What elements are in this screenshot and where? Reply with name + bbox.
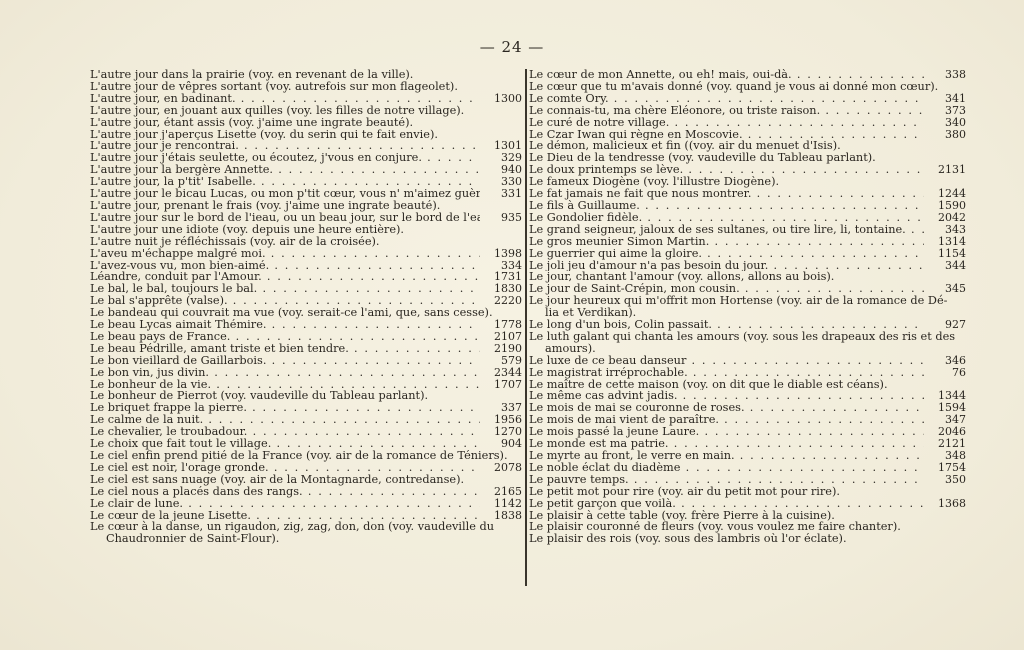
entry-number: 2165 bbox=[480, 486, 522, 498]
index-entry: Le fameux Diogène (voy. l'illustre Diogè… bbox=[529, 176, 966, 188]
index-entry: Le luxe de ce beau danseur346 bbox=[529, 355, 966, 367]
entry-number: 1142 bbox=[480, 498, 522, 510]
index-entry: Le bonheur de Pierrot (voy. vaudeville d… bbox=[90, 390, 522, 402]
entry-title: Le briquet frappe la pierre. bbox=[90, 402, 247, 414]
entry-number: 2131 bbox=[924, 164, 966, 176]
index-entry: Le maître de cette maison (voy. on dit q… bbox=[529, 379, 966, 391]
entry-number: 76 bbox=[924, 367, 966, 379]
entry-number: 331 bbox=[480, 188, 522, 200]
entry-title: L'autre jour j'aperçus Lisette (voy. du … bbox=[90, 129, 438, 141]
entry-title: Le fils à Guillaume. bbox=[529, 200, 640, 212]
entry-number: 1707 bbox=[480, 379, 522, 391]
index-entry: Le beau Lycas aimait Thémire.1778 bbox=[90, 319, 522, 331]
index-entry: L'autre jour j'étais seulette, ou écoute… bbox=[90, 152, 522, 164]
entry-number: 350 bbox=[924, 474, 966, 486]
index-entry: L'autre jour j'aperçus Lisette (voy. du … bbox=[90, 129, 522, 141]
index-entry: Le petit garçon que voilà.1368 bbox=[529, 498, 966, 510]
entry-title: Le beau Lycas aimait Thémire. bbox=[90, 319, 266, 331]
index-entry: Le beau pays de France.2107 bbox=[90, 331, 522, 343]
entry-title: Le bandeau qui couvrait ma vue (voy. ser… bbox=[90, 307, 493, 319]
index-entry: Le cœur de la jeune Lisette.1838 bbox=[90, 510, 522, 522]
entry-title: L'autre jour, étant assis (voy. j'aime u… bbox=[90, 117, 413, 129]
index-entry: Le bon vin, jus divin.2344 bbox=[90, 367, 522, 379]
entry-title: Le maître de cette maison (voy. on dit q… bbox=[529, 379, 888, 391]
entry-number: 1154 bbox=[924, 248, 966, 260]
index-entry: Le ciel est sans nuage (voy. air de la M… bbox=[90, 474, 522, 486]
index-entry: L'autre jour le bicau Lucas, ou mon p'ti… bbox=[90, 188, 522, 200]
index-entry: L'autre jour, en badinant.1300 bbox=[90, 93, 522, 105]
entry-title: Le cœur de mon Annette, ou eh! mais, oui… bbox=[529, 69, 792, 81]
entry-title: Le doux printemps se lève. bbox=[529, 164, 683, 176]
index-entry: Le beau Pédrille, amant triste et bien t… bbox=[90, 343, 522, 355]
index-entry: Le briquet frappe la pierre.337 bbox=[90, 402, 522, 414]
index-entry: Le mois passé la jeune Laure.2046 bbox=[529, 426, 966, 438]
entry-title: Le choix que fait tout le village. bbox=[90, 438, 271, 450]
entry-title: Le bal s'apprête (valse). bbox=[90, 295, 228, 307]
index-entry: Le magistrat irréprochable.76 bbox=[529, 367, 966, 379]
entry-title: Le luxe de ce beau danseur bbox=[529, 355, 686, 367]
entry-title: L'autre jour, prenant le frais (voy. j'a… bbox=[90, 200, 440, 212]
index-entry: Le Gondolier fidèle.2042 bbox=[529, 212, 966, 224]
index-entry: Le calme de la nuit.1956 bbox=[90, 414, 522, 426]
entry-title: Le plaisir à cette table (voy. frère Pie… bbox=[529, 510, 835, 522]
scanned-page: — 24 — L'autre jour dans la prairie (voy… bbox=[0, 0, 1024, 650]
index-entry: L'autre jour une idiote (voy. depuis une… bbox=[90, 224, 522, 236]
entry-title: Le bon vin, jus divin. bbox=[90, 367, 209, 379]
index-entry: Le Czar Iwan qui règne en Moscovie.380 bbox=[529, 129, 966, 141]
entry-title: Léandre, conduit par l'Amour. bbox=[90, 271, 262, 283]
entry-title: Le monde est ma patrie. bbox=[529, 438, 669, 450]
entry-title: Le gros meunier Simon Martin. bbox=[529, 236, 709, 248]
entry-number: 2078 bbox=[480, 462, 522, 474]
index-entry: Le jour heureux qui m'offrit mon Hortens… bbox=[529, 295, 966, 319]
entry-title: Le magistrat irréprochable. bbox=[529, 367, 688, 379]
index-entry: Le ciel nous a placés dans des rangs.216… bbox=[90, 486, 522, 498]
entry-number: 340 bbox=[924, 117, 966, 129]
entry-number: 1314 bbox=[924, 236, 966, 248]
index-entry: Le comte Ory.341 bbox=[529, 93, 966, 105]
index-entry: Le bal s'apprête (valse).2220 bbox=[90, 295, 522, 307]
entry-title: Le mois de mai se couronne de roses. bbox=[529, 402, 745, 414]
entry-title: Le grand seigneur, jaloux de ses sultane… bbox=[529, 224, 906, 236]
entry-number: 2190 bbox=[480, 343, 522, 355]
entry-number: 1398 bbox=[480, 248, 522, 260]
entry-title: L'autre jour je rencontrai. bbox=[90, 140, 239, 152]
entry-title: Le pauvre temps. bbox=[529, 474, 629, 486]
entry-title-continuation: amours). bbox=[529, 343, 966, 355]
index-entry: Le doux printemps se lève.2131 bbox=[529, 164, 966, 176]
entry-title: Le noble éclat du diadème bbox=[529, 462, 680, 474]
entry-title: Le mois passé la jeune Laure. bbox=[529, 426, 699, 438]
entry-title: Le connais-tu, ma chère Éléonore, ou tri… bbox=[529, 105, 820, 117]
entry-title: Le ciel nous a placés dans des rangs. bbox=[90, 486, 303, 498]
entry-number: 2344 bbox=[480, 367, 522, 379]
entry-title: L'autre nuit je réfléchissais (voy. air … bbox=[90, 236, 380, 248]
entry-title: Le calme de la nuit. bbox=[90, 414, 203, 426]
entry-title: Le myrte au front, le verre en main. bbox=[529, 450, 735, 462]
entry-number: 579 bbox=[480, 355, 522, 367]
entry-title-continuation: Chaudronnier de Saint-Flour). bbox=[90, 533, 522, 545]
index-entry: Le jour, chantant l'amour (voy. allons, … bbox=[529, 271, 966, 283]
entry-title: Le ciel enfin prend pitié de la France (… bbox=[90, 450, 508, 462]
entry-number: 373 bbox=[924, 105, 966, 117]
index-entry: Le gros meunier Simon Martin.1314 bbox=[529, 236, 966, 248]
index-entry: L'autre jour la bergère Annette.940 bbox=[90, 164, 522, 176]
index-entry: Le mois de mai vient de paraître.347 bbox=[529, 414, 966, 426]
entry-title: L'autre jour de vêpres sortant (voy. aut… bbox=[90, 81, 458, 93]
index-entry: Léandre, conduit par l'Amour.1731 bbox=[90, 271, 522, 283]
entry-title: L'avez-vous vu, mon bien-aimé. bbox=[90, 260, 269, 272]
index-entry: Le clair de lune.1142 bbox=[90, 498, 522, 510]
entry-title: Le plaisir des rois (voy. sous des lambr… bbox=[529, 533, 847, 545]
entry-number: 338 bbox=[924, 69, 966, 81]
column-divider bbox=[525, 69, 527, 586]
index-entry: Le pauvre temps.350 bbox=[529, 474, 966, 486]
entry-title: Le beau Pédrille, amant triste et bien t… bbox=[90, 343, 349, 355]
index-entry: Le Dieu de la tendresse (voy. vaudeville… bbox=[529, 152, 966, 164]
entry-title: L'aveu m'échappe malgré moi. bbox=[90, 248, 266, 260]
index-entry: L'autre jour, étant assis (voy. j'aime u… bbox=[90, 117, 522, 129]
index-entry: Le mois de mai se couronne de roses.1594 bbox=[529, 402, 966, 414]
index-entry: Le bal, le bal, toujours le bal.1830 bbox=[90, 283, 522, 295]
entry-title: Le curé de notre village. bbox=[529, 117, 669, 129]
entry-title: Le clair de lune. bbox=[90, 498, 183, 510]
entry-title: Le jour de Saint-Crépin, mon cousin. bbox=[529, 283, 740, 295]
entry-number: 341 bbox=[924, 93, 966, 105]
index-entry: Le plaisir couronné de fleurs (voy. vous… bbox=[529, 521, 966, 533]
entry-title: Le cœur de la jeune Lisette. bbox=[90, 510, 251, 522]
index-entry: Le bonheur de la vie.1707 bbox=[90, 379, 522, 391]
entry-number: 2042 bbox=[924, 212, 966, 224]
entry-title: L'autre jour, en jouant aux quilles (voy… bbox=[90, 105, 464, 117]
entry-title: Le Czar Iwan qui règne en Moscovie. bbox=[529, 129, 743, 141]
entry-number: 346 bbox=[924, 355, 966, 367]
index-entry: Le joli jeu d'amour n'a pas besoin du jo… bbox=[529, 260, 966, 272]
index-entry: Le ciel est noir, l'orage gronde.2078 bbox=[90, 462, 522, 474]
entry-title: Le petit mot pour rire (voy. air du peti… bbox=[529, 486, 840, 498]
index-entry: L'autre jour je rencontrai.1301 bbox=[90, 140, 522, 152]
entry-title: Le bon vieillard de Gaillarbois. bbox=[90, 355, 266, 367]
entry-title: Le mois de mai vient de paraître. bbox=[529, 414, 719, 426]
index-entry: Le plaisir des rois (voy. sous des lambr… bbox=[529, 533, 966, 545]
index-entry: Le guerrier qui aime la gloire.1154 bbox=[529, 248, 966, 260]
index-entry: Le connais-tu, ma chère Éléonore, ou tri… bbox=[529, 105, 966, 117]
entry-number: 380 bbox=[924, 129, 966, 141]
entry-title: Le bonheur de Pierrot (voy. vaudeville d… bbox=[90, 390, 428, 402]
entry-number: 2220 bbox=[480, 295, 522, 307]
entry-number: 1300 bbox=[480, 93, 522, 105]
index-column-right: Le cœur de mon Annette, ou eh! mais, oui… bbox=[529, 69, 966, 545]
index-entry: L'autre jour, la p'tit' Isabelle.330 bbox=[90, 176, 522, 188]
index-entry: Le luth galant qui chanta les amours (vo… bbox=[529, 331, 966, 355]
index-entry: Le chevalier, le troubadour.1270 bbox=[90, 426, 522, 438]
index-entry: Le myrte au front, le verre en main.348 bbox=[529, 450, 966, 462]
entry-title: L'autre jour une idiote (voy. depuis une… bbox=[90, 224, 404, 236]
index-entry: Le plaisir à cette table (voy. frère Pie… bbox=[529, 510, 966, 522]
entry-title: Le fameux Diogène (voy. l'illustre Diogè… bbox=[529, 176, 779, 188]
entry-title: Le guerrier qui aime la gloire. bbox=[529, 248, 702, 260]
index-entry: Le fat jamais ne fait que nous montrer.1… bbox=[529, 188, 966, 200]
entry-title: L'autre jour le bicau Lucas, ou mon p'ti… bbox=[90, 188, 480, 200]
index-entry: Le cœur que tu m'avais donné (voy. quand… bbox=[529, 81, 966, 93]
entry-title: Le ciel est noir, l'orage gronde. bbox=[90, 462, 269, 474]
index-entry: Le cœur de mon Annette, ou eh! mais, oui… bbox=[529, 69, 966, 81]
entry-title: Le fat jamais ne fait que nous montrer. bbox=[529, 188, 751, 200]
index-entry: L'avez-vous vu, mon bien-aimé.334 bbox=[90, 260, 522, 272]
index-entry: L'autre jour, prenant le frais (voy. j'a… bbox=[90, 200, 522, 212]
index-entry: Le démon, malicieux et fin ((voy. air du… bbox=[529, 140, 966, 152]
index-entry: Le même cas advint jadis.1344 bbox=[529, 390, 966, 402]
entry-title-continuation: lia et Verdikan). bbox=[529, 307, 966, 319]
entry-title: Le ciel est sans nuage (voy. air de la M… bbox=[90, 474, 464, 486]
index-entry: Le petit mot pour rire (voy. air du peti… bbox=[529, 486, 966, 498]
index-entry: Le ciel enfin prend pitié de la France (… bbox=[90, 450, 522, 462]
entry-number: 1368 bbox=[924, 498, 966, 510]
entry-title: Le chevalier, le troubadour. bbox=[90, 426, 247, 438]
index-entry: Le long d'un bois, Colin passait.927 bbox=[529, 319, 966, 331]
index-entry: Le curé de notre village.340 bbox=[529, 117, 966, 129]
index-column-left: L'autre jour dans la prairie (voy. en re… bbox=[90, 69, 522, 545]
entry-title: L'autre jour dans la prairie (voy. en re… bbox=[90, 69, 413, 81]
entry-title: Le Gondolier fidèle. bbox=[529, 212, 642, 224]
page-number: — 24 — bbox=[0, 38, 1024, 56]
index-entry: L'autre jour, en jouant aux quilles (voy… bbox=[90, 105, 522, 117]
index-entry: Le bon vieillard de Gaillarbois.579 bbox=[90, 355, 522, 367]
entry-title: Le comte Ory. bbox=[529, 93, 609, 105]
index-entry: Le fils à Guillaume.1590 bbox=[529, 200, 966, 212]
entry-title: L'autre jour la bergère Annette. bbox=[90, 164, 273, 176]
index-entry: Le choix que fait tout le village.904 bbox=[90, 438, 522, 450]
entry-title: L'autre jour, en badinant. bbox=[90, 93, 236, 105]
index-entry: Le monde est ma patrie.2121 bbox=[529, 438, 966, 450]
entry-title: L'autre jour j'étais seulette, ou écoute… bbox=[90, 152, 422, 164]
entry-title: Le luth galant qui chanta les amours (vo… bbox=[529, 330, 955, 343]
entry-title: Le jour, chantant l'amour (voy. allons, … bbox=[529, 271, 834, 283]
entry-title: L'autre jour, la p'tit' Isabelle. bbox=[90, 176, 256, 188]
index-entry: L'autre jour de vêpres sortant (voy. aut… bbox=[90, 81, 522, 93]
entry-title: Le démon, malicieux et fin ((voy. air du… bbox=[529, 140, 841, 152]
entry-title: Le même cas advint jadis. bbox=[529, 390, 677, 402]
entry-number: 344 bbox=[924, 260, 966, 272]
index-entry: Le noble éclat du diadème1754 bbox=[529, 462, 966, 474]
entry-title: Le long d'un bois, Colin passait. bbox=[529, 319, 712, 331]
index-entry: Le bandeau qui couvrait ma vue (voy. ser… bbox=[90, 307, 522, 319]
index-entry: L'autre jour sur le bord de l'ieau, ou u… bbox=[90, 212, 522, 224]
entry-title: Le plaisir couronné de fleurs (voy. vous… bbox=[529, 521, 901, 533]
index-entry: Le cœur à la danse, un rigaudon, zig, za… bbox=[90, 521, 522, 545]
entry-title: L'autre jour sur le bord de l'ieau, ou u… bbox=[90, 212, 480, 224]
entry-title: Le petit garçon que voilà. bbox=[529, 498, 676, 510]
index-entry: L'autre nuit je réfléchissais (voy. air … bbox=[90, 236, 522, 248]
entry-title: Le bonheur de la vie. bbox=[90, 379, 211, 391]
entry-title: Le cœur que tu m'avais donné (voy. quand… bbox=[529, 81, 938, 93]
entry-number: 343 bbox=[924, 224, 966, 236]
entry-title: Le beau pays de France. bbox=[90, 331, 230, 343]
entry-number: 935 bbox=[480, 212, 522, 224]
entry-title: Le Dieu de la tendresse (voy. vaudeville… bbox=[529, 152, 876, 164]
index-entry: L'autre jour dans la prairie (voy. en re… bbox=[90, 69, 522, 81]
index-entry: Le grand seigneur, jaloux de ses sultane… bbox=[529, 224, 966, 236]
entry-title: Le joli jeu d'amour n'a pas besoin du jo… bbox=[529, 260, 768, 272]
index-entry: Le jour de Saint-Crépin, mon cousin.345 bbox=[529, 283, 966, 295]
index-entry: L'aveu m'échappe malgré moi.1398 bbox=[90, 248, 522, 260]
entry-title: Le bal, le bal, toujours le bal. bbox=[90, 283, 257, 295]
entry-number: 904 bbox=[480, 438, 522, 450]
